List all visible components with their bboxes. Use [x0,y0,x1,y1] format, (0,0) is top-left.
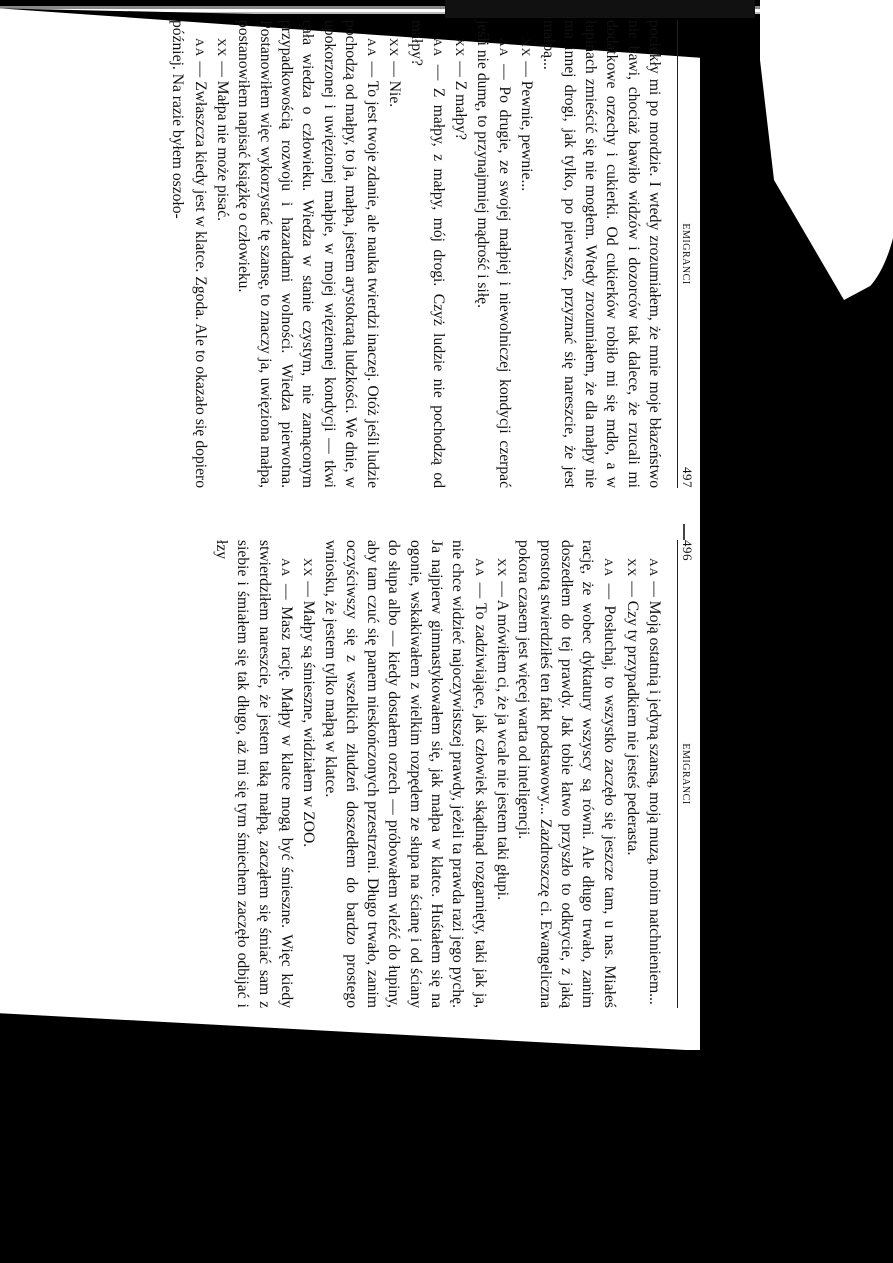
page-number: 497 [677,467,698,488]
paragraph: AA — Zwłaszcza kiedy jest w klatce. Zgod… [167,20,211,488]
running-head-title: EMIGRANCI [675,540,696,1008]
paragraph: pociekły mi po mordzie. I wtedy zrozumia… [537,20,665,488]
speaker-label: XX [625,558,639,577]
book-spread: EMIGRANCI 497 pociekły mi po mordzie. I … [60,20,700,1020]
speaker-label: AA [279,558,293,577]
paragraph: AA — Po drugie, ze swojej małpiej i niew… [471,20,515,488]
speaker-label: XX [387,38,401,57]
paragraph: XX — Pewnie, pewnie... [515,20,537,488]
paragraph: AA — To zadziwiające, jak człowiek skądi… [319,540,490,1008]
speaker-label: XX [519,38,533,57]
paragraph: XX — Małpa nie może pisać. [211,20,233,488]
paragraph: AA — Masz rację. Małpy w klatce mogą być… [211,540,297,1008]
paragraph: XX — Czy ty przypadkiem nie jesteś peder… [620,540,642,1008]
paragraph: XX — Nie. [383,20,405,488]
scan-dark-strip [445,0,755,18]
page-497: EMIGRANCI 497 pociekły mi po mordzie. I … [60,20,700,488]
speaker-label: AA [602,558,616,577]
speaker-label: XX [215,38,229,57]
page-496: 496 EMIGRANCI AA — Moją ostatnią i jedyn… [60,540,700,1008]
paragraph: AA — To jest twoje zdanie, ale nauka twi… [233,20,383,488]
paragraph: AA — Z małpy, z małpy, mój drogi. Czyż l… [405,20,449,488]
scan-mark [876,6,886,16]
speaker-label: XX [301,558,315,577]
running-head: 496 EMIGRANCI [677,540,700,1008]
speaker-label: XX [495,558,509,577]
speaker-label: AA [193,38,207,57]
paragraph: XX — Z małpy? [449,20,471,488]
speaker-label: AA [365,38,379,57]
speaker-label: AA [647,558,661,577]
paragraph: AA — Moją ostatnią i jedyną szansą, moją… [643,540,665,1008]
speaker-label: AA [497,38,511,57]
paragraph: XX — A mówiłem ci, że ja wcale nie jeste… [491,540,513,1008]
speaker-label: XX [453,38,467,57]
running-head-title: EMIGRANCI [675,20,696,488]
paragraph: AA — Posłuchaj, to wszystko zaczęło się … [513,540,620,1008]
speaker-label: AA [431,38,445,57]
speaker-label: AA [473,558,487,577]
running-head: EMIGRANCI 497 [677,20,700,488]
paragraph: XX — Małpy są śmieszne, widziałem w ZOO. [297,540,319,1008]
scan-artifact [760,0,893,300]
